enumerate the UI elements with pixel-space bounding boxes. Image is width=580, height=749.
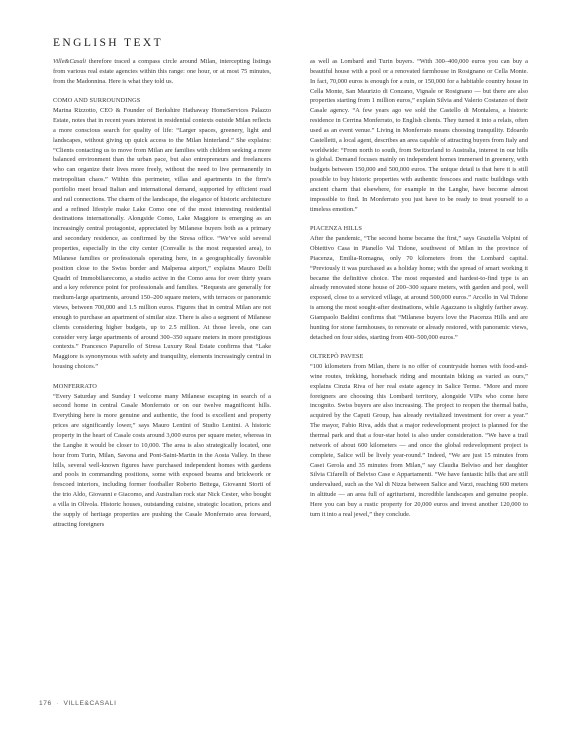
right-column: as well as Lombard and Turin buyers. “Wi… (310, 57, 528, 520)
footer-separator: · (56, 700, 59, 707)
section-heading-piacenza: PIACENZA HILLS (310, 224, 528, 234)
brand-name: Ville&Casali (53, 58, 86, 65)
section-body-oltrepo: “100 kilometers from Milan, there is no … (310, 362, 528, 520)
page-title: ENGLISH TEXT (53, 37, 163, 49)
section-body-como: Marina Rizzotto, CEO & Founder of Berksh… (53, 106, 271, 372)
page-footer: 176 · VILLE&CASALI (39, 700, 117, 707)
intro-text: therefore traced a compass circle around… (53, 58, 271, 85)
magazine-page: ENGLISH TEXT Ville&Casali therefore trac… (0, 0, 580, 749)
publication-name: VILLE&CASALI (63, 700, 116, 707)
section-body-monferrato-part2: as well as Lombard and Turin buyers. “Wi… (310, 57, 528, 215)
section-heading-oltrepo: OLTREPÒ PAVESE (310, 352, 528, 362)
left-column: Ville&Casali therefore traced a compass … (53, 57, 271, 529)
page-number: 176 (39, 700, 52, 707)
section-body-monferrato-part1: “Every Saturday and Sunday I welcome man… (53, 392, 271, 530)
section-body-piacenza: After the pandemic, “The second home bec… (310, 234, 528, 342)
section-heading-monferrato: MONFERRATO (53, 382, 271, 392)
section-heading-como: COMO AND SURROUNDINGS (53, 96, 271, 106)
intro-paragraph: Ville&Casali therefore traced a compass … (53, 57, 271, 87)
